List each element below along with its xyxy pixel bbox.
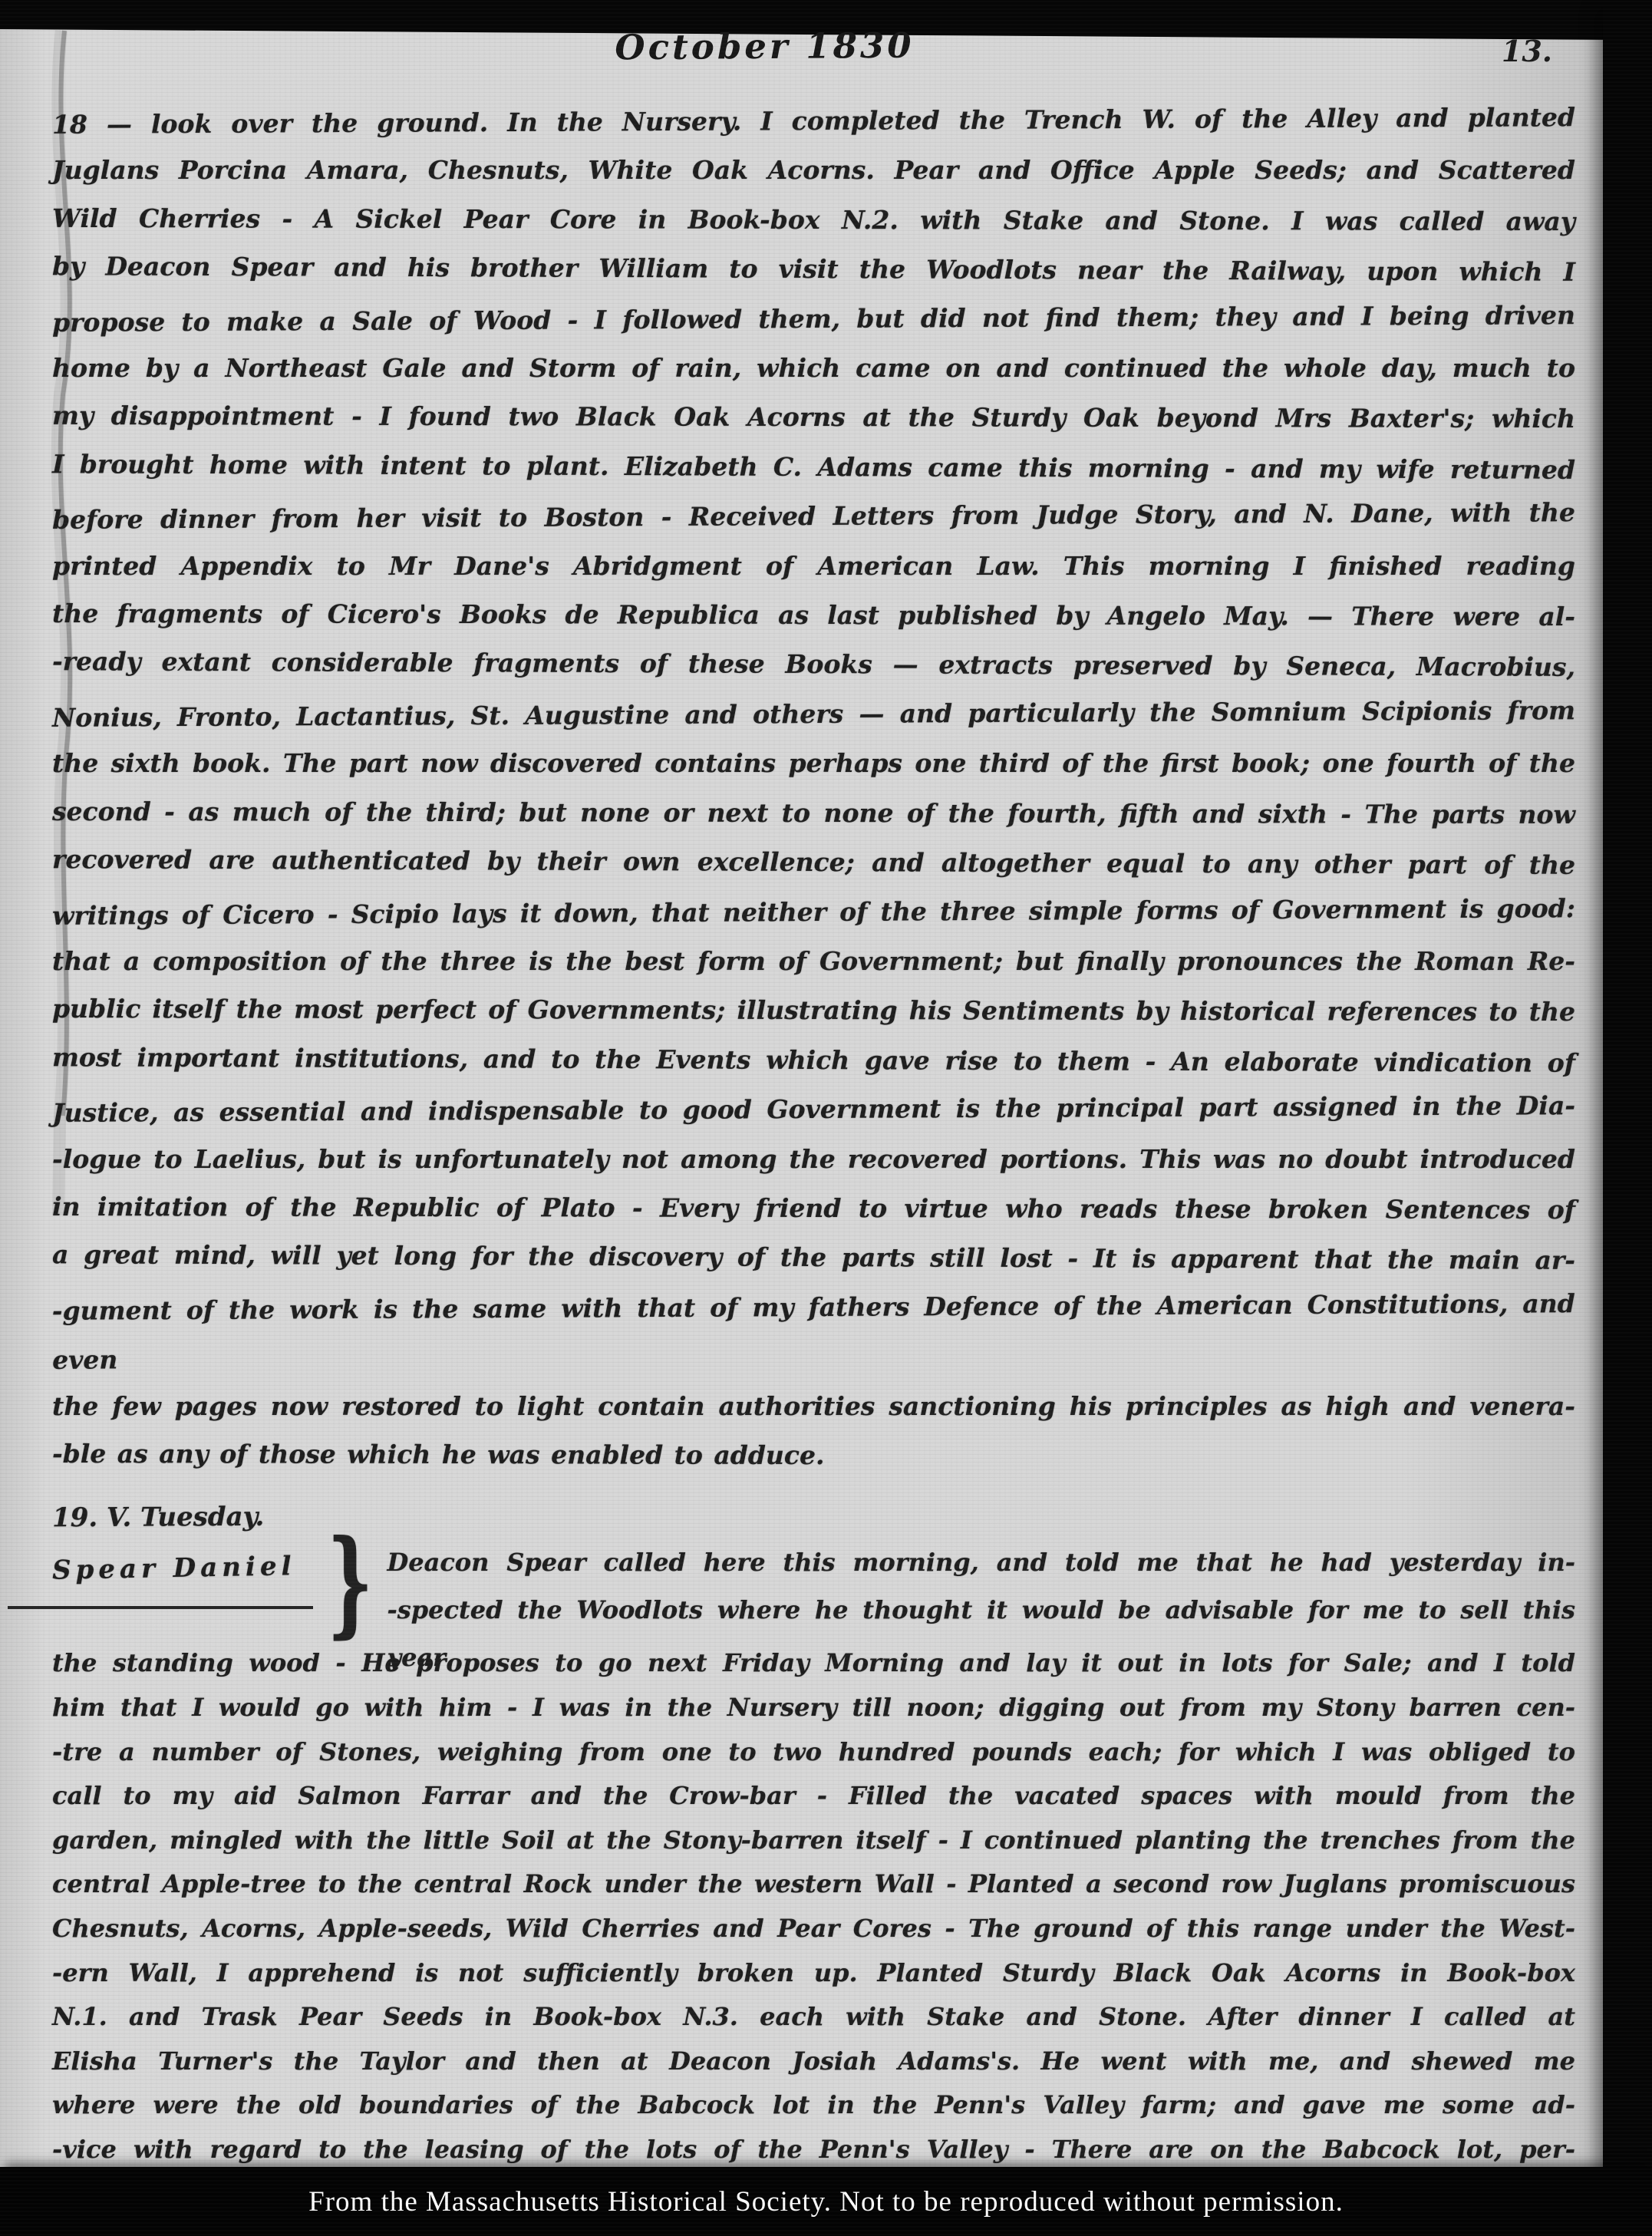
manuscript-line: call to my aid Salmon Farrar and the Cro…	[52, 1774, 1575, 1819]
manuscript-line: home by a Northeast Gale and Storm of ra…	[52, 344, 1575, 393]
entry-date-heading: 19. V. Tuesday.	[52, 1489, 1575, 1539]
page-title: October 1830	[0, 21, 1529, 72]
manuscript-line: 18 — look over the ground. In the Nurser…	[52, 93, 1575, 150]
manuscript-line: the sixth book. The part now discovered …	[52, 739, 1575, 788]
margin-note: Spear Daniel	[51, 1534, 296, 1604]
manuscript-line: Wild Cherries - A Sickel Pear Core in Bo…	[52, 194, 1575, 247]
margin-brace-icon: }	[327, 1534, 373, 1631]
manuscript-line: a great mind, will yet long for the disc…	[52, 1231, 1575, 1286]
manuscript-line: recovered are authenticated by their own…	[52, 835, 1575, 890]
manuscript-line: the fragments of Cicero's Books de Repub…	[52, 589, 1575, 642]
manuscript-line: most important institutions, and to the …	[52, 1033, 1575, 1088]
manuscript-line: him that I would go with him - I was in …	[52, 1686, 1575, 1730]
manuscript-page: October 1830 13. 18 — look over the grou…	[0, 0, 1652, 2236]
manuscript-line: second - as much of the third; but none …	[52, 787, 1575, 840]
manuscript-line: N.1. and Trask Pear Seeds in Book-box N.…	[52, 1995, 1575, 2040]
scan-edge-right	[1603, 0, 1652, 2236]
manuscript-line: -ern Wall, I apprehend is not sufficient…	[52, 1951, 1575, 1996]
manuscript-line: public itself the most perfect of Govern…	[52, 984, 1575, 1037]
manuscript-line: garden, mingled with the little Soil at …	[52, 1819, 1575, 1863]
manuscript-line: propose to make a Sale of Wood - I follo…	[52, 291, 1575, 348]
manuscript-line: Nonius, Fronto, Lactantius, St. Augustin…	[52, 686, 1575, 743]
manuscript-line: Elisha Turner's the Taylor and then at D…	[52, 2040, 1575, 2084]
margin-annotation-row: Spear Daniel } Deacon Spear called here …	[52, 1535, 1575, 1641]
manuscript-line: before dinner from her visit to Boston -…	[52, 488, 1575, 545]
manuscript-line: the few pages now restored to light cont…	[52, 1382, 1575, 1431]
manuscript-line: Deacon Spear called here this morning, a…	[387, 1538, 1575, 1586]
manuscript-line: in imitation of the Republic of Plato - …	[52, 1182, 1575, 1235]
page-number: 13.	[1502, 34, 1552, 68]
manuscript-line: writings of Cicero - Scipio lays it down…	[52, 884, 1575, 941]
manuscript-line: Juglans Porcina Amara, Chesnuts, White O…	[52, 146, 1575, 195]
manuscript-line: I brought home with intent to plant. Eli…	[52, 440, 1575, 495]
manuscript-line: -tre a number of Stones, weighing from o…	[52, 1730, 1575, 1775]
manuscript-line: -ble as any of those which he was enable…	[52, 1430, 1575, 1482]
manuscript-line: -logue to Laelius, but is unfortunately …	[52, 1135, 1575, 1184]
manuscript-line: that a composition of the three is the b…	[52, 937, 1575, 986]
manuscript-line: where were the old boundaries of the Bab…	[52, 2083, 1575, 2128]
manuscript-line: Justice, as essential and indispensable …	[52, 1081, 1575, 1138]
manuscript-line: my disappointment - I found two Black Oa…	[52, 391, 1575, 444]
diary-body: 18 — look over the ground. In the Nurser…	[52, 97, 1575, 2216]
credit-text: From the Massachusetts Historical Societ…	[308, 2185, 1344, 2218]
manuscript-line: -vice with regard to the leasing of the …	[52, 2128, 1575, 2172]
manuscript-line: -gument of the work is the same with tha…	[52, 1279, 1576, 1386]
manuscript-line: printed Appendix to Mr Dane's Abridgment…	[52, 542, 1575, 591]
manuscript-line: by Deacon Spear and his brother William …	[52, 242, 1575, 297]
manuscript-line: the standing wood - He proposes to go ne…	[52, 1641, 1575, 1686]
margin-note-underline: Spear Daniel	[8, 1535, 313, 1609]
manuscript-line: Chesnuts, Acorns, Apple-seeds, Wild Cher…	[52, 1907, 1575, 1951]
manuscript-line: central Apple-tree to the central Rock u…	[52, 1862, 1575, 1907]
credit-bar: From the Massachusetts Historical Societ…	[0, 2167, 1652, 2236]
manuscript-line: -ready extant considerable fragments of …	[52, 638, 1575, 693]
page-header: October 1830 13.	[0, 0, 1652, 80]
